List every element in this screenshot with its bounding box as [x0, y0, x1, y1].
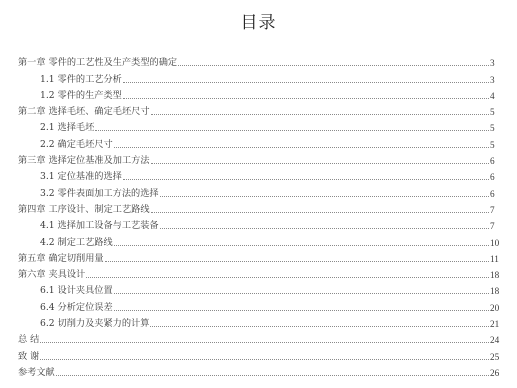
toc-entry-label: 4.2 制定工艺路线 — [40, 237, 113, 249]
toc-entry-page: 25 — [490, 351, 500, 363]
dot-leader — [114, 146, 489, 148]
toc-entry[interactable]: 致 谢25 — [18, 346, 500, 362]
toc-entry-page: 10 — [490, 237, 500, 249]
toc-entry-page: 7 — [490, 220, 500, 232]
toc-entry-page: 26 — [490, 367, 500, 379]
toc-entry-label: 1.2 零件的生产类型 — [40, 90, 122, 102]
dot-leader — [105, 260, 489, 262]
toc-entry-page: 5 — [490, 106, 500, 118]
toc-entry[interactable]: 第五章 确定切削用量11 — [18, 249, 500, 265]
toc-entry-page: 7 — [490, 204, 500, 216]
toc-entry[interactable]: 3.2 零件表面加工方法的选择6 — [18, 183, 500, 199]
toc-entry-page: 6 — [490, 171, 500, 183]
dot-leader — [123, 97, 489, 99]
table-of-contents: 第一章 零件的工艺性及生产类型的确定3 1.1 零件的工艺分析3 1.2 零件的… — [18, 53, 500, 379]
dot-leader — [86, 276, 489, 278]
toc-entry[interactable]: 3.1 定位基准的选择6 — [18, 167, 500, 183]
toc-entry[interactable]: 4.1 选择加工设备与工艺装备7 — [18, 216, 500, 232]
page-title: 目录 — [0, 8, 517, 33]
toc-entry[interactable]: 1.2 零件的生产类型4 — [18, 86, 500, 102]
toc-entry-label: 2.1 选择毛坯 — [40, 122, 94, 134]
toc-entry-page: 18 — [490, 269, 500, 281]
dot-leader — [150, 325, 489, 327]
toc-entry-label: 4.1 选择加工设备与工艺装备 — [40, 220, 159, 232]
dot-leader — [178, 64, 489, 66]
dot-leader — [56, 374, 489, 376]
toc-entry-label: 6.1 设计夹具位置 — [40, 285, 113, 297]
toc-entry-label: 3.2 零件表面加工方法的选择 — [40, 188, 159, 200]
dot-leader — [160, 227, 489, 229]
toc-entry-label: 3.1 定位基准的选择 — [40, 171, 122, 183]
toc-entry-label: 第五章 确定切削用量 — [18, 253, 104, 265]
dot-leader — [151, 113, 489, 115]
toc-entry-page: 11 — [490, 253, 500, 265]
toc-entry[interactable]: 参考文献26 — [18, 363, 500, 379]
dot-leader — [95, 129, 489, 131]
toc-entry-page: 24 — [490, 334, 500, 346]
toc-entry[interactable]: 4.2 制定工艺路线10 — [18, 232, 500, 248]
toc-entry-page: 20 — [490, 302, 500, 314]
dot-leader — [160, 195, 489, 197]
toc-entry-page: 5 — [490, 122, 500, 134]
toc-entry[interactable]: 2.2 确定毛坯尺寸5 — [18, 134, 500, 150]
toc-entry[interactable]: 第一章 零件的工艺性及生产类型的确定3 — [18, 53, 500, 69]
toc-entry[interactable]: 6.2 切削力及夹紧力的计算21 — [18, 314, 500, 330]
toc-entry[interactable]: 1.1 零件的工艺分析3 — [18, 69, 500, 85]
toc-entry[interactable]: 第三章 选择定位基准及加工方法6 — [18, 151, 500, 167]
toc-entry-label: 6.2 切削力及夹紧力的计算 — [40, 318, 149, 330]
toc-entry-page: 3 — [490, 74, 500, 86]
toc-entry-label: 致 谢 — [18, 351, 39, 363]
toc-entry-page: 21 — [490, 318, 500, 330]
toc-entry[interactable]: 6.4 分析定位误差20 — [18, 297, 500, 313]
dot-leader — [40, 358, 489, 360]
toc-entry-page: 5 — [490, 139, 500, 151]
toc-entry-page: 6 — [490, 155, 500, 167]
toc-entry-page: 4 — [490, 90, 500, 102]
toc-entry-page: 18 — [490, 285, 500, 297]
toc-entry[interactable]: 2.1 选择毛坯5 — [18, 118, 500, 134]
dot-leader — [123, 178, 489, 180]
dot-leader — [114, 244, 489, 246]
dot-leader — [123, 81, 489, 83]
toc-entry[interactable]: 第二章 选择毛坯、确定毛坯尺寸5 — [18, 102, 500, 118]
toc-entry[interactable]: 总 结24 — [18, 330, 500, 346]
toc-entry-page: 3 — [490, 57, 500, 69]
toc-entry-label: 总 结 — [18, 334, 39, 346]
toc-entry-label: 参考文献 — [18, 367, 55, 379]
dot-leader — [114, 309, 489, 311]
dot-leader — [114, 292, 489, 294]
toc-entry[interactable]: 第四章 工序设计、制定工艺路线7 — [18, 200, 500, 216]
toc-entry-label: 第六章 夹具设计 — [18, 269, 85, 281]
dot-leader — [40, 341, 489, 343]
toc-entry-label: 1.1 零件的工艺分析 — [40, 74, 122, 86]
toc-entry-label: 2.2 确定毛坯尺寸 — [40, 139, 113, 151]
toc-entry-label: 第四章 工序设计、制定工艺路线 — [18, 204, 150, 216]
dot-leader — [151, 211, 489, 213]
toc-entry[interactable]: 6.1 设计夹具位置18 — [18, 281, 500, 297]
toc-entry-label: 6.4 分析定位误差 — [40, 302, 113, 314]
toc-entry-label: 第二章 选择毛坯、确定毛坯尺寸 — [18, 106, 150, 118]
toc-entry[interactable]: 第六章 夹具设计18 — [18, 265, 500, 281]
toc-entry-label: 第一章 零件的工艺性及生产类型的确定 — [18, 57, 177, 69]
toc-entry-page: 6 — [490, 188, 500, 200]
dot-leader — [151, 162, 489, 164]
toc-entry-label: 第三章 选择定位基准及加工方法 — [18, 155, 150, 167]
